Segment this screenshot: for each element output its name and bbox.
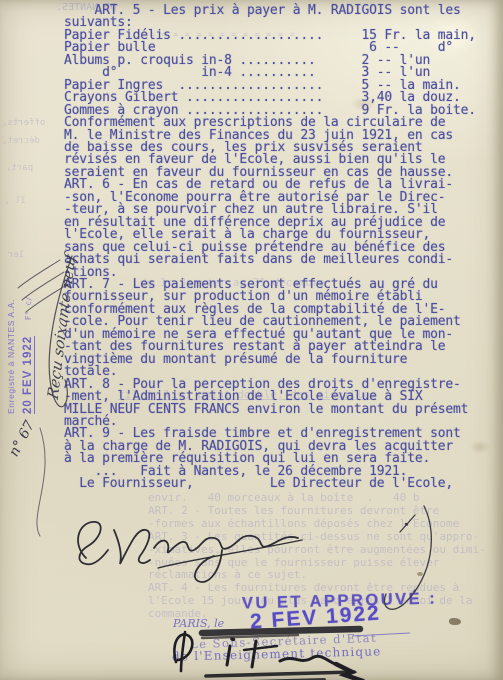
scanned-document-page: DE NANTES. = = = = = = = = = = = = = off… [0, 0, 503, 680]
ghost-left-margin-4: Il , [4, 196, 26, 206]
typed-text-body: ART. 5 - Les prix à payer à M. RADIGOIS … [64, 5, 476, 491]
typed-line: achats qui seraient faits dans de meille… [64, 254, 476, 266]
typed-line: vingtième du montant présumé de la fourn… [64, 354, 476, 366]
ghost-left-margin-1: offerts, [2, 118, 45, 128]
typed-line: MILLE NEUF CENTS FRANCS environ le monta… [64, 404, 476, 416]
fournisseur-signature [62, 500, 322, 600]
ghost-left-margin-2: décret, [2, 136, 40, 146]
director-signature [148, 624, 423, 680]
typed-line: Le Fournisseur, Le Directeur de l'Ecole, [64, 478, 476, 490]
secondary-signature-flourish [340, 494, 452, 629]
ghost-left-margin-3: part, [6, 163, 33, 173]
